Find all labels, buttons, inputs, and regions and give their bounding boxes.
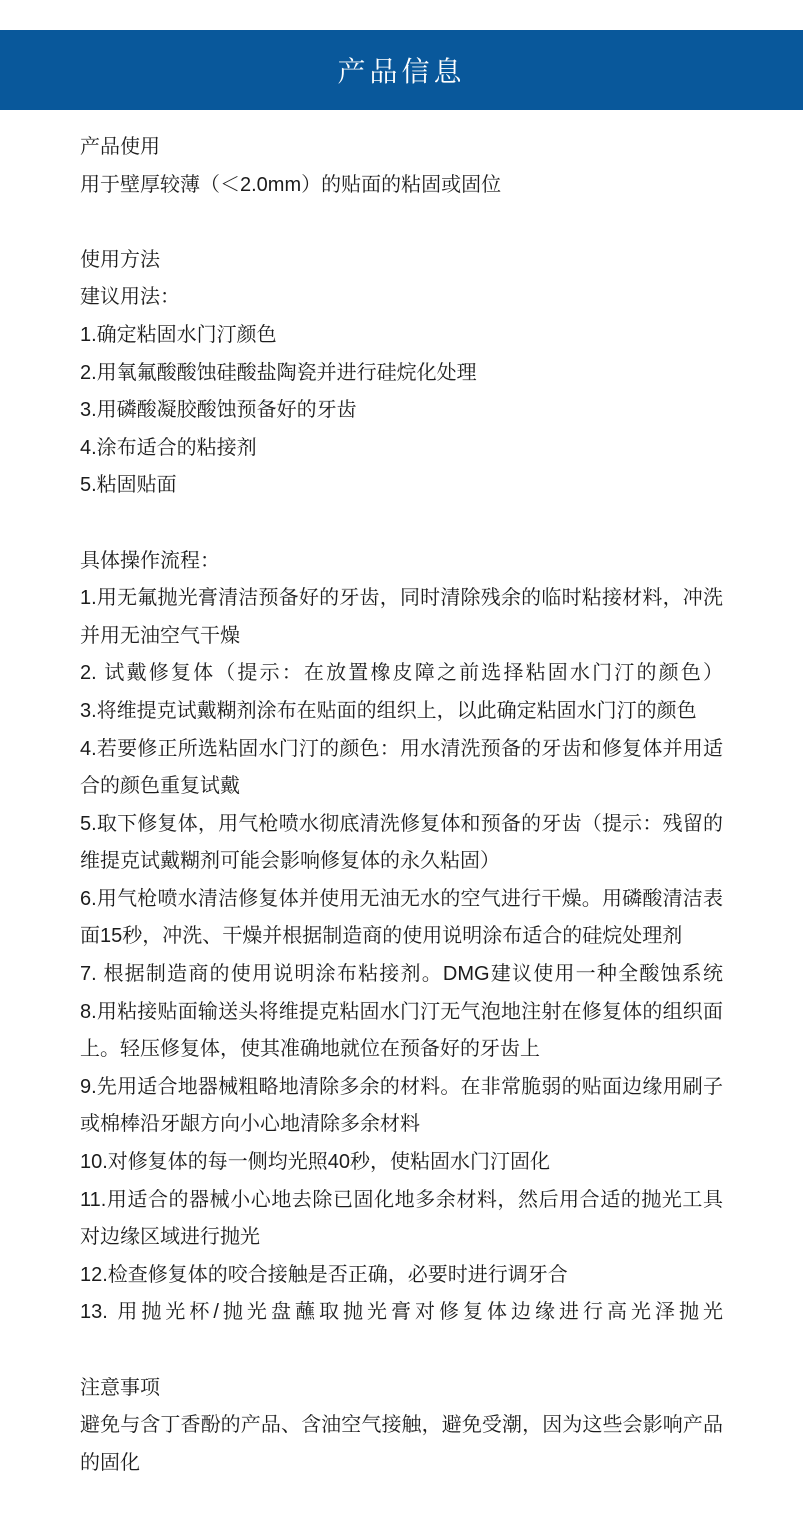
- section-gap: [80, 204, 723, 242]
- usage-description: 用于壁厚较薄（＜2.0mm）的贴面的粘固或固位: [80, 167, 723, 205]
- procedure-step: 6.用气枪喷水清洁修复体并使用无油无水的空气进行干燥。用磷酸清洁表面15秒，冲洗…: [80, 881, 723, 956]
- procedure-step: 3.将维提克试戴糊剂涂布在贴面的组织上，以此确定粘固水门汀的颜色: [80, 693, 723, 731]
- procedure-step: 5.取下修复体，用气枪喷水彻底清洗修复体和预备的牙齿（提示：残留的维提克试戴糊剂…: [80, 806, 723, 881]
- method-step: 1.确定粘固水门汀颜色: [80, 317, 723, 355]
- method-step: 2.用氧氟酸酸蚀硅酸盐陶瓷并进行硅烷化处理: [80, 355, 723, 393]
- method-subheading: 建议用法：: [80, 279, 723, 317]
- procedure-step: 2. 试戴修复体（提示：在放置橡皮障之前选择粘固水门汀的颜色）: [80, 655, 723, 693]
- content-area: 产品使用 用于壁厚较薄（＜2.0mm）的贴面的粘固或固位 使用方法 建议用法： …: [0, 110, 803, 1482]
- notes-heading: 注意事项: [80, 1370, 723, 1408]
- procedure-step: 9.先用适合地器械粗略地清除多余的材料。在非常脆弱的贴面边缘用刷子或棉棒沿牙龈方…: [80, 1069, 723, 1144]
- method-heading: 使用方法: [80, 242, 723, 280]
- procedure-step: 8.用粘接贴面输送头将维提克粘固水门汀无气泡地注射在修复体的组织面上。轻压修复体…: [80, 994, 723, 1069]
- notes-description: 避免与含丁香酚的产品、含油空气接触，避免受潮，因为这些会影响产品的固化: [80, 1407, 723, 1482]
- procedure-step: 10.对修复体的每一侧均光照40秒，使粘固水门汀固化: [80, 1144, 723, 1182]
- method-step: 3.用磷酸凝胶酸蚀预备好的牙齿: [80, 392, 723, 430]
- page-header: 产品信息: [0, 30, 803, 110]
- product-info-page: 产品信息 产品使用 用于壁厚较薄（＜2.0mm）的贴面的粘固或固位 使用方法 建…: [0, 0, 803, 1519]
- method-step: 5.粘固贴面: [80, 467, 723, 505]
- procedure-step: 4.若要修正所选粘固水门汀的颜色：用水清洗预备的牙齿和修复体并用适合的颜色重复试…: [80, 731, 723, 806]
- page-title: 产品信息: [337, 50, 465, 90]
- procedure-step: 1.用无氟抛光膏清洁预备好的牙齿，同时清除残余的临时粘接材料，冲洗并用无油空气干…: [80, 580, 723, 655]
- procedure-step: 13. 用抛光杯/抛光盘蘸取抛光膏对修复体边缘进行高光泽抛光: [80, 1294, 723, 1332]
- section-gap: [80, 505, 723, 543]
- procedure-step: 11.用适合的器械小心地去除已固化地多余材料，然后用合适的抛光工具对边缘区域进行…: [80, 1182, 723, 1257]
- section-gap: [80, 1332, 723, 1370]
- procedure-step: 12.检查修复体的咬合接触是否正确，必要时进行调牙合: [80, 1257, 723, 1295]
- usage-heading: 产品使用: [80, 129, 723, 167]
- procedure-step: 7. 根据制造商的使用说明涂布粘接剂。DMG建议使用一种全酸蚀系统: [80, 956, 723, 994]
- procedure-heading: 具体操作流程：: [80, 543, 723, 581]
- method-step: 4.涂布适合的粘接剂: [80, 430, 723, 468]
